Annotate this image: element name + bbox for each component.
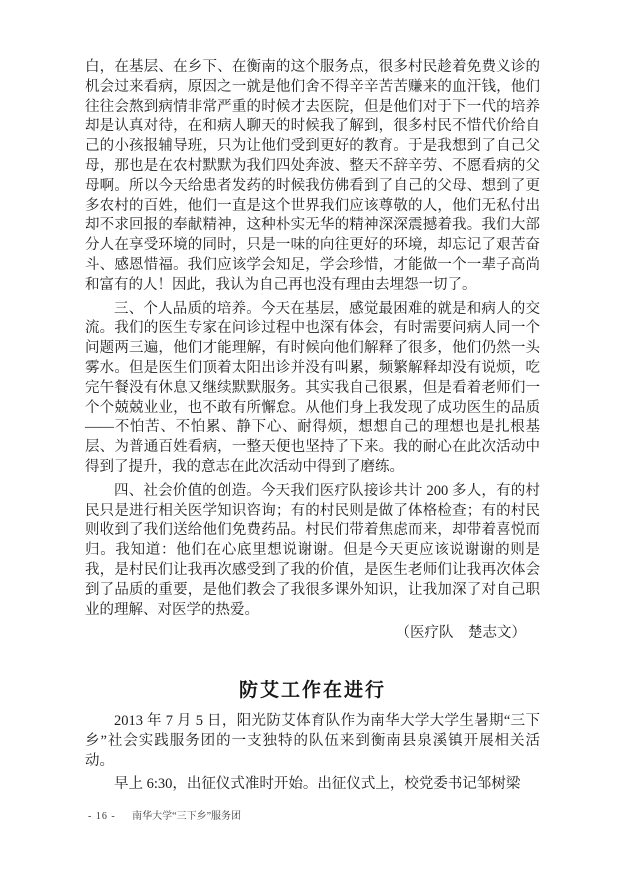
body-paragraph-ceremony: 早上 6:30，出征仪式准时开始。出征仪式上，校党委书记邹树梁 [85, 775, 540, 795]
body-paragraph-departure-intro: 2013 年 7 月 5 日，阳光防艾体育队作为南华大学大学生暑期“三下乡”社会… [85, 712, 540, 771]
section-title: 防艾工作在进行 [85, 678, 540, 704]
body-paragraph-point-four: 四、社会价值的创造。今天我们医疗队接诊共计 200 多人，有的村民只是进行相关医… [85, 482, 540, 621]
page-footer: - 16 - 南华大学“三下乡”服务团 [88, 810, 241, 823]
article-aids-prevention: 防艾工作在进行 2013 年 7 月 5 日，阳光防艾体育队作为南华大学大学生暑… [85, 678, 540, 799]
footer-label: 南华大学“三下乡”服务团 [132, 811, 241, 822]
article-medical-team-diary: 白，在基层、在乡下、在衡南的这个服务点，很多村民趁着免费义诊的机会过来看病，原因… [85, 58, 540, 644]
body-paragraph-point-three: 三、个人品质的培养。今天在基层，感觉最困难的就是和病人的交流。我们的医生专家在问… [85, 300, 540, 478]
body-paragraph-continuation: 白，在基层、在乡下、在衡南的这个服务点，很多村民趁着免费义诊的机会过来看病，原因… [85, 58, 540, 296]
author-signature: （医疗队 楚志文） [85, 624, 540, 644]
page-number: - 16 - [88, 811, 116, 822]
document-page: 白，在基层、在乡下、在衡南的这个服务点，很多村民趁着免费义诊的机会过来看病，原因… [0, 0, 620, 877]
